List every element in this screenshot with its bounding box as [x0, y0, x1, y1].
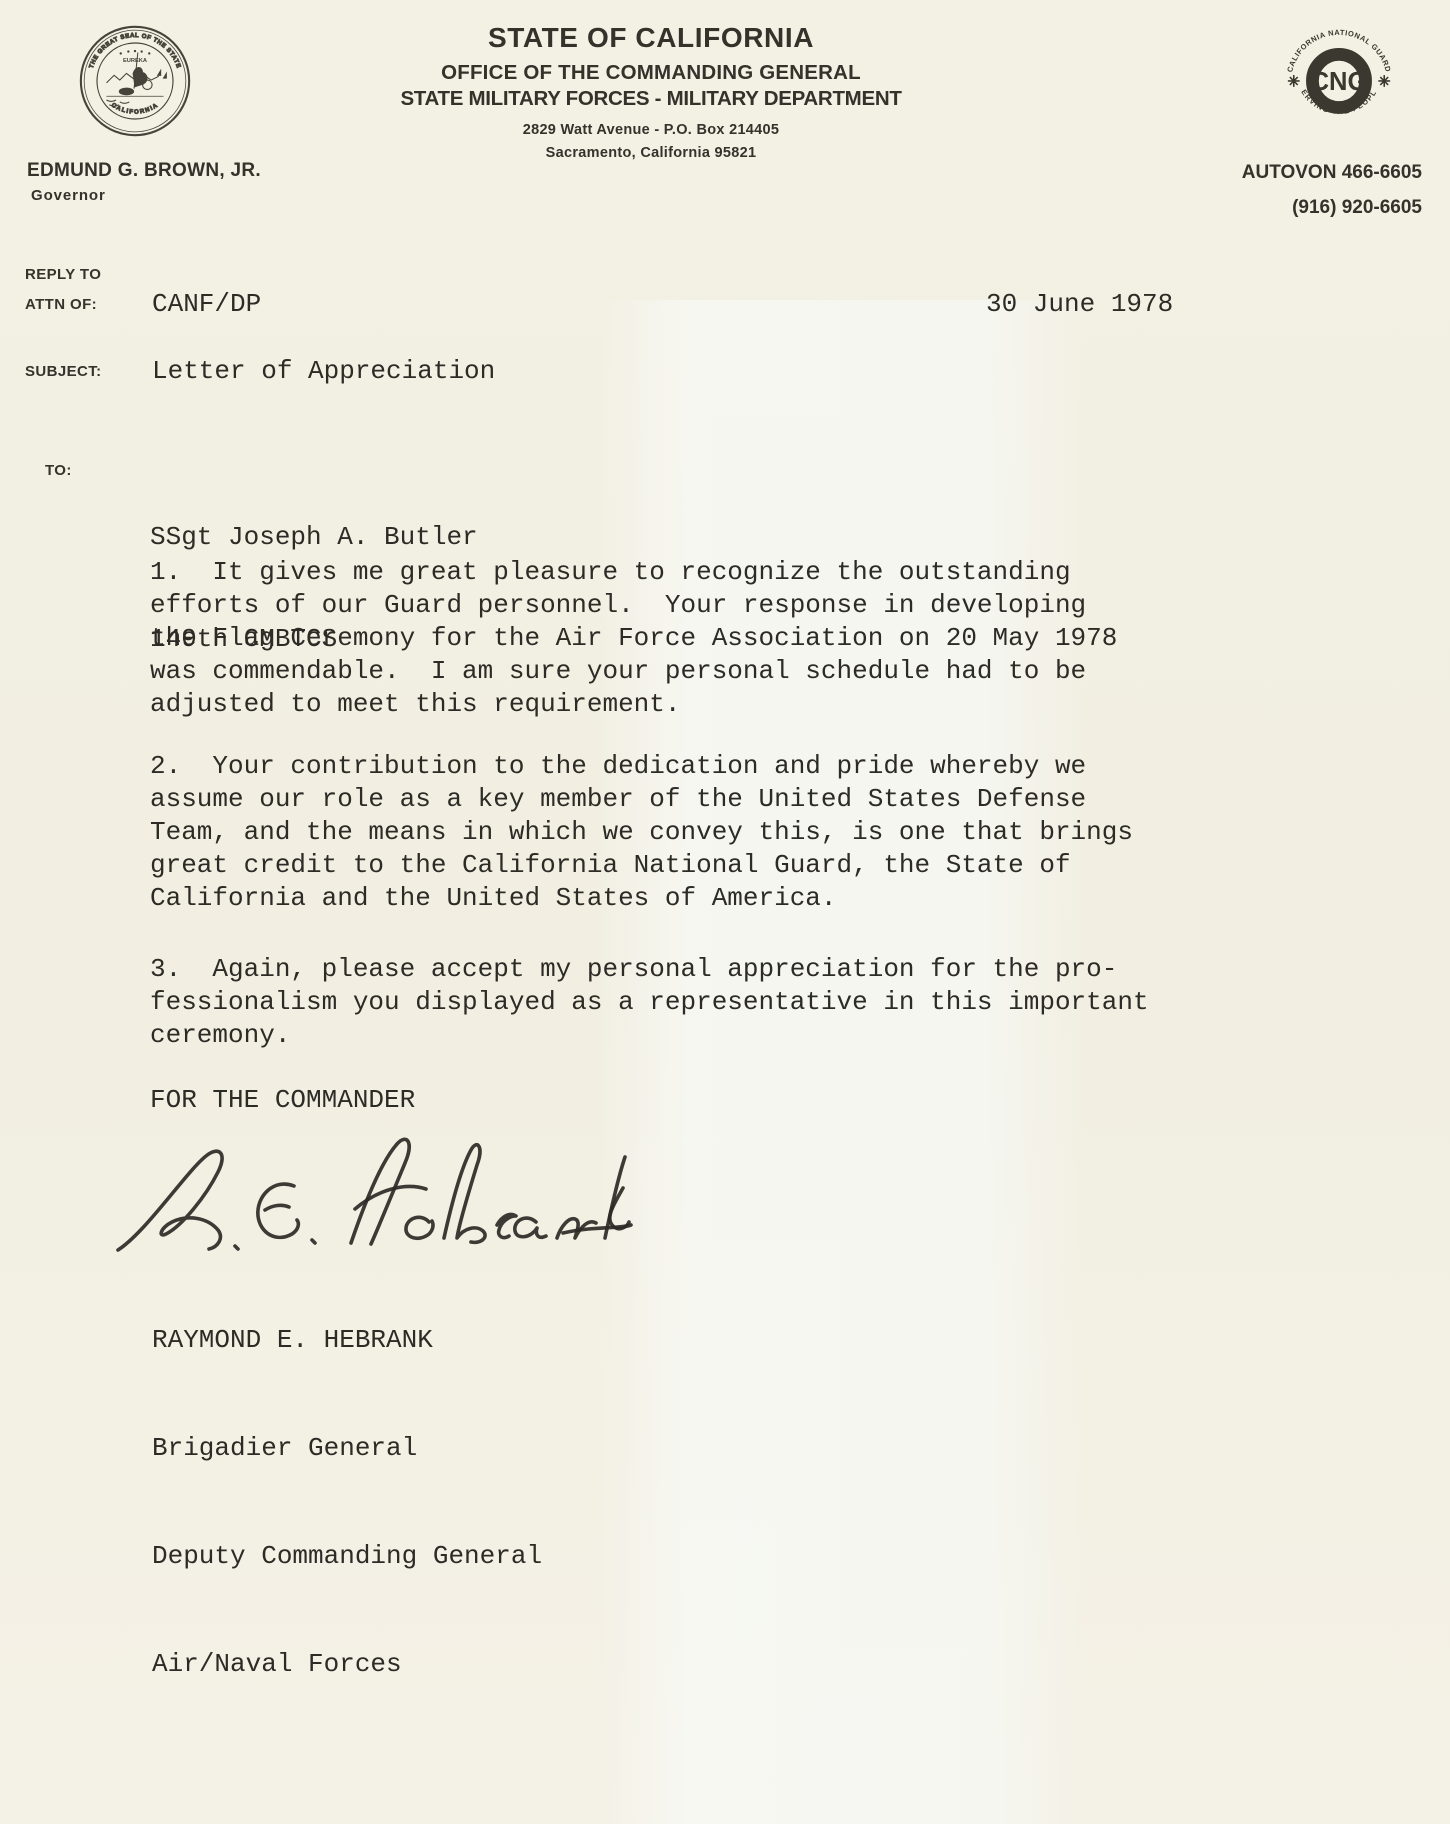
commercial-number: (916) 920-6605 [1292, 197, 1422, 219]
signer-rank: Brigadier General [152, 1430, 542, 1466]
org-office-line: OFFICE OF THE COMMANDING GENERAL [301, 61, 1001, 84]
letter-date: 30 June 1978 [986, 288, 1173, 321]
logo-star-right [1378, 75, 1390, 87]
org-city-line: Sacramento, California 95821 [301, 144, 1001, 162]
signer-name: RAYMOND E. HEBRANK [152, 1322, 542, 1358]
subject-value: Letter of Appreciation [152, 355, 495, 388]
reply-to-label-line1: REPLY TO [25, 266, 101, 283]
signer-command: Air/Naval Forces [152, 1646, 542, 1682]
logo-star-left [1288, 75, 1300, 87]
reply-to-label-line2: ATTN OF: [25, 296, 97, 313]
signer-title: Deputy Commanding General [152, 1538, 542, 1574]
national-guard-logo-icon: CALIFORNIA NATIONAL GUARD SERVING THE PE… [1280, 20, 1398, 138]
org-department-line: STATE MILITARY FORCES - MILITARY DEPARTM… [301, 87, 1001, 110]
governor-name: EDMUND G. BROWN, JR. [27, 160, 261, 182]
governor-title: Governor [31, 187, 106, 204]
body-paragraph-2: 2. Your contribution to the dedication a… [150, 750, 1310, 915]
autovon-number: AUTOVON 466-6605 [1242, 162, 1422, 184]
signature-block: RAYMOND E. HEBRANK Brigadier General Dep… [152, 1250, 542, 1754]
org-state-line: STATE OF CALIFORNIA [301, 22, 1001, 53]
closing-line: FOR THE COMMANDER [150, 1084, 415, 1117]
body-paragraph-3: 3. Again, please accept my personal appr… [150, 953, 1310, 1052]
seal-ring-text-bottom: CALIFORNIA [110, 102, 160, 116]
seal-motto: EUREKA [123, 58, 147, 64]
office-symbol: CANF/DP [152, 288, 261, 321]
to-label: TO: [45, 462, 72, 479]
letter-page: THE GREAT SEAL OF THE STATE CALIFORNIA E… [0, 0, 1450, 1824]
california-state-seal-icon: THE GREAT SEAL OF THE STATE CALIFORNIA E… [78, 24, 192, 138]
logo-monogram: CNG [1311, 68, 1368, 96]
org-address-line: 2829 Watt Avenue - P.O. Box 214405 [301, 121, 1001, 139]
body-paragraph-1: 1. It gives me great pleasure to recogni… [150, 556, 1310, 721]
subject-label: SUBJECT: [25, 363, 102, 380]
scan-artifact-band [598, 300, 1084, 1824]
recipient-name: SSgt Joseph A. Butler [150, 520, 478, 554]
letterhead-org-block: STATE OF CALIFORNIA OFFICE OF THE COMMAN… [301, 22, 1001, 162]
